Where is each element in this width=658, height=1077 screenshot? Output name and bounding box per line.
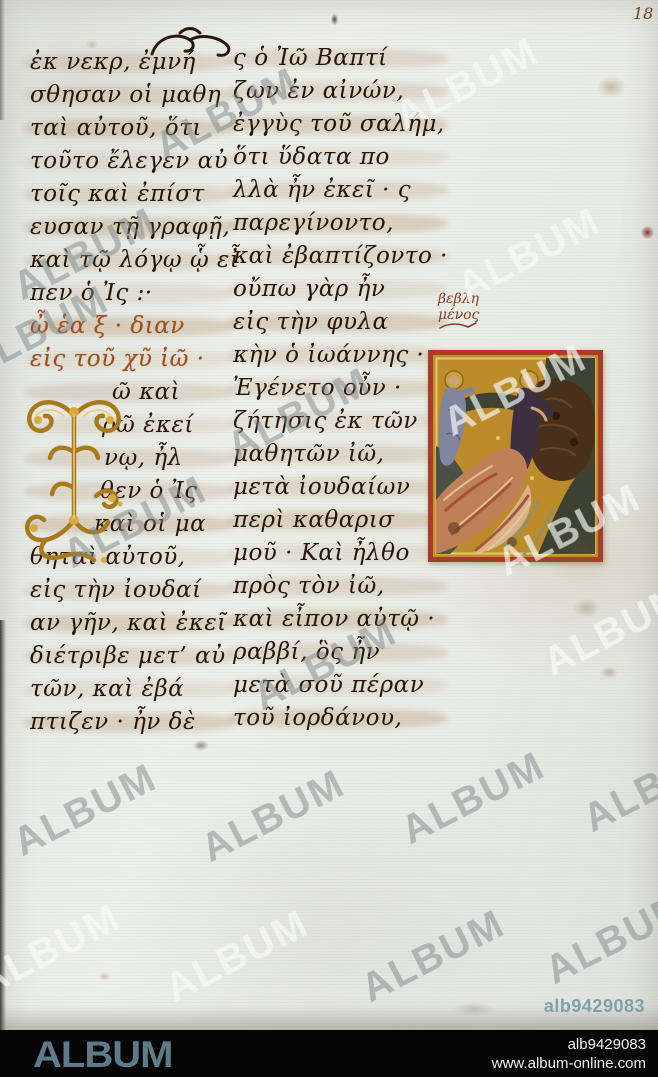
manuscript-line: αν γῆν, καὶ ἐκεῖ — [30, 607, 232, 640]
manuscript-line: ευσαν τῇ γραφῇ, — [30, 211, 232, 244]
text-column-right: ς ὁ Ἰῶ Βαπτί ζων ἐν αἰνών, ἐγγὺς τοῦ σαλ… — [233, 42, 445, 735]
parchment-stain — [193, 740, 209, 751]
footer-credit-bar: ALBUM alb9429083 www.album-online.com — [0, 1030, 658, 1077]
miniature-baptism-scene — [428, 350, 603, 562]
gold-foliate-initial — [16, 392, 128, 564]
manuscript-line: μαθητῶν ἰῶ, — [233, 438, 445, 471]
manuscript-line: κὴν ὁ ἰωάννης · — [233, 339, 445, 372]
manuscript-line: λλὰ ἦν ἐκεῖ · ς — [233, 174, 445, 207]
parchment-stain — [572, 598, 600, 618]
manuscript-line: ταὶ αὐτοῦ, ὅτι — [30, 112, 232, 145]
manuscript-line: πτιζεν · ἦν δὲ — [30, 706, 232, 739]
manuscript-line: ἐγγὺς τοῦ σαλήμ, — [233, 108, 445, 141]
rubric-line: ὦ ἑα ξ · διαν — [30, 310, 232, 343]
manuscript-line: ζων ἐν αἰνών, — [233, 75, 445, 108]
manuscript-line: παρεγίνοντο, — [233, 207, 445, 240]
manuscript-page-photo: 18 ἐκ νεκρ, ἐμνή σθησαν οἱ μαθη ταὶ αὐτο… — [0, 0, 658, 1032]
manuscript-line: σθησαν οἱ μαθη — [30, 79, 232, 112]
parchment-stain — [331, 14, 338, 25]
image-id-overlay: alb9429083 — [544, 996, 645, 1017]
manuscript-line: μετὰ σοῦ πέραν — [233, 669, 445, 702]
manuscript-line: Ἐγένετο οὖν · — [233, 372, 445, 405]
watermark: ALBUM — [0, 895, 128, 1005]
footer-image-id: alb9429083 — [492, 1035, 646, 1054]
watermark: ALBUM — [536, 575, 658, 685]
watermark: ALBUM — [6, 755, 164, 865]
manuscript-line: εἰς τὴν φυλα — [233, 306, 445, 339]
parchment-stain — [98, 972, 111, 981]
marginal-note-line: βεβλη — [438, 291, 479, 307]
page-edge-shadow — [0, 620, 6, 1032]
album-logo: ALBUM — [33, 1035, 172, 1076]
manuscript-line: καὶ ἐβαπτίζοντο · — [233, 240, 445, 273]
manuscript-line: πεν ὁ Ἰς :· — [30, 277, 232, 310]
parchment-stain — [641, 226, 654, 239]
manuscript-line: πρὸς τὸν ἰῶ, — [233, 570, 445, 603]
watermark: ALBUM — [194, 761, 352, 871]
stock-photo-preview: 18 ἐκ νεκρ, ἐμνή σθησαν οἱ μαθη ταὶ αὐτο… — [0, 0, 658, 1077]
manuscript-line: περὶ καθαρισ — [233, 504, 445, 537]
manuscript-line: ς ὁ Ἰῶ Βαπτί — [233, 42, 445, 75]
rubric-line: εἰς τοῦ χῦ ἰῶ · — [30, 343, 232, 376]
parchment-stain — [600, 666, 618, 679]
folio-number: 18 — [633, 4, 653, 23]
manuscript-line: καὶ τῷ λόγῳ ᾧ εἶ — [30, 244, 232, 277]
manuscript-line: τοῖς καὶ ἐπίστ — [30, 178, 232, 211]
footer-website: www.album-online.com — [492, 1054, 646, 1073]
manuscript-line: καὶ εἶπον αὐτῷ · — [233, 603, 445, 636]
manuscript-line: μοῦ · Καὶ ἦλθο — [233, 537, 445, 570]
watermark: ALBUM — [538, 883, 658, 993]
manuscript-line: διέτριβε μετ’ αὐ — [30, 640, 232, 673]
manuscript-line: ραββί, ὃς ἦν — [233, 636, 445, 669]
manuscript-line: τῶν, καὶ ἐβά — [30, 673, 232, 706]
manuscript-line: εἰς τὴν ἰουδαί — [30, 574, 232, 607]
watermark: ALBUM — [158, 901, 316, 1011]
watermark: ALBUM — [354, 901, 512, 1011]
manuscript-line: οὔπω γὰρ ἦν — [233, 273, 445, 306]
marginal-note: βεβλη μένος — [438, 291, 508, 331]
parchment-stain — [596, 76, 626, 98]
footer-credits: alb9429083 www.album-online.com — [492, 1035, 646, 1073]
manuscript-line: ἐκ νεκρ, ἐμνή — [30, 46, 232, 79]
manuscript-line: τοῦτο ἔλεγεν αὐ — [30, 145, 232, 178]
manuscript-line: ζήτησις ἐκ τῶν — [233, 405, 445, 438]
manuscript-line: τοῦ ἰορδάνου, — [233, 702, 445, 735]
manuscript-line: ὅτι ὕδατα πο — [233, 141, 445, 174]
marginal-note-line: μένος — [438, 307, 479, 323]
watermark: ALBUM — [394, 743, 552, 853]
page-edge-shadow — [0, 0, 5, 120]
watermark: ALBUM — [576, 731, 658, 841]
manuscript-line: μετὰ ἰουδαίων — [233, 471, 445, 504]
